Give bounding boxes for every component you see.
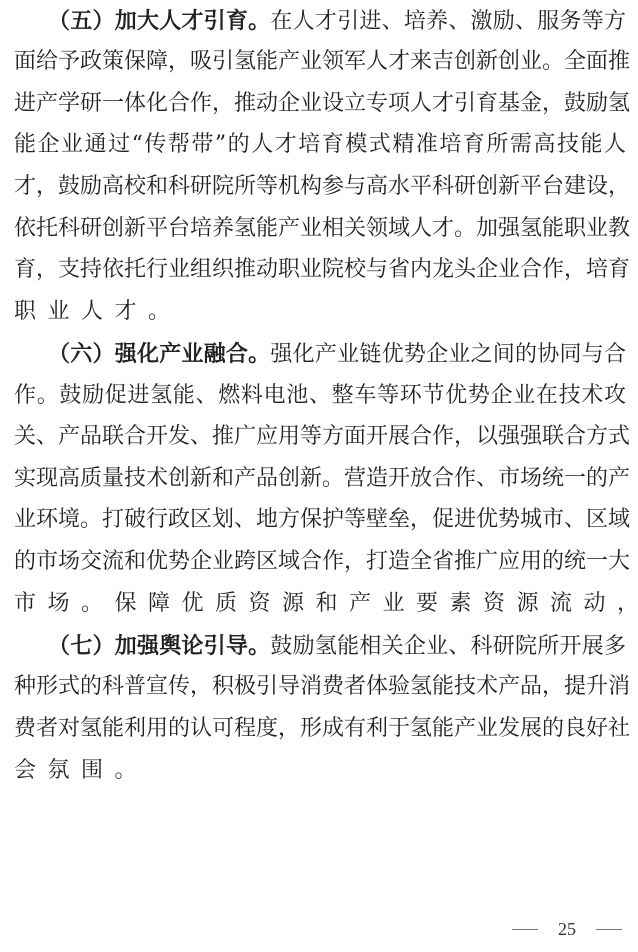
paragraph-line: 会氛围。 [14, 756, 626, 786]
section-five-line-1: （五）加大人才引育。在人才引进、培养、激励、服务等方 [48, 6, 626, 36]
section-seven-heading: （七）加强舆论引导。 [48, 633, 270, 659]
paragraph-line: 实现高质量技术创新和产品创新。营造开放合作、市场统一的产 [14, 464, 626, 494]
paragraph-line: 育，支持依托行业组织推动职业院校与省内龙头企业合作，培育 [14, 255, 626, 285]
paragraph-line: 市场。保障优质资源和产业要素资源流动，鼓励产业创新。 [14, 589, 626, 619]
paragraph-line: 费者对氢能利用的认可程度，形成有利于氢能产业发展的良好社 [14, 714, 626, 744]
paragraph-line: 业环境。打破行政区划、地方保护等壁垒，促进优势城市、区域 [14, 505, 626, 535]
paragraph-line: 依托科研创新平台培养氢能产业相关领域人才。加强氢能职业教 [14, 214, 626, 244]
section-six-line-1: （六）强化产业融合。强化产业链优势企业之间的协同与合 [48, 339, 626, 369]
paragraph-line: 进产学研一体化合作，推动企业设立专项人才引育基金，鼓励氢 [14, 89, 626, 119]
dash-decoration [512, 929, 538, 930]
paragraph-line: 种形式的科普宣传，积极引导消费者体验氢能技术产品，提升消 [14, 672, 626, 702]
section-five-heading: （五）加大人才引育。 [48, 8, 270, 34]
paragraph-line: 能企业通过“传帮带”的人才培育模式精准培育所需高技能人 [14, 130, 626, 160]
page-number: 25 [558, 919, 576, 940]
page-footer: 25 [512, 915, 622, 943]
dash-decoration [596, 929, 622, 930]
section-seven-line-1: （七）加强舆论引导。鼓励氢能相关企业、科研院所开展多 [48, 631, 626, 661]
paragraph-line: 才，鼓励高校和科研院所等机构参与高水平科研创新平台建设， [14, 172, 626, 202]
paragraph-line: 职业人才。 [14, 297, 626, 327]
paragraph-line: 的市场交流和优势企业跨区域合作，打造全省推广应用的统一大 [14, 547, 626, 577]
paragraph-line: 作。鼓励促进氢能、燃料电池、整车等环节优势企业在技术攻 [14, 381, 626, 411]
paragraph-line: 关、产品联合开发、推广应用等方面开展合作，以强强联合方式 [14, 422, 626, 452]
section-six-heading: （六）强化产业融合。 [48, 341, 270, 367]
paragraph-line: 面给予政策保障，吸引氢能产业领军人才来吉创新创业。全面推 [14, 47, 626, 77]
document-page: （五）加大人才引育。在人才引进、培养、激励、服务等方 面给予政策保障，吸引氢能产… [0, 0, 638, 952]
